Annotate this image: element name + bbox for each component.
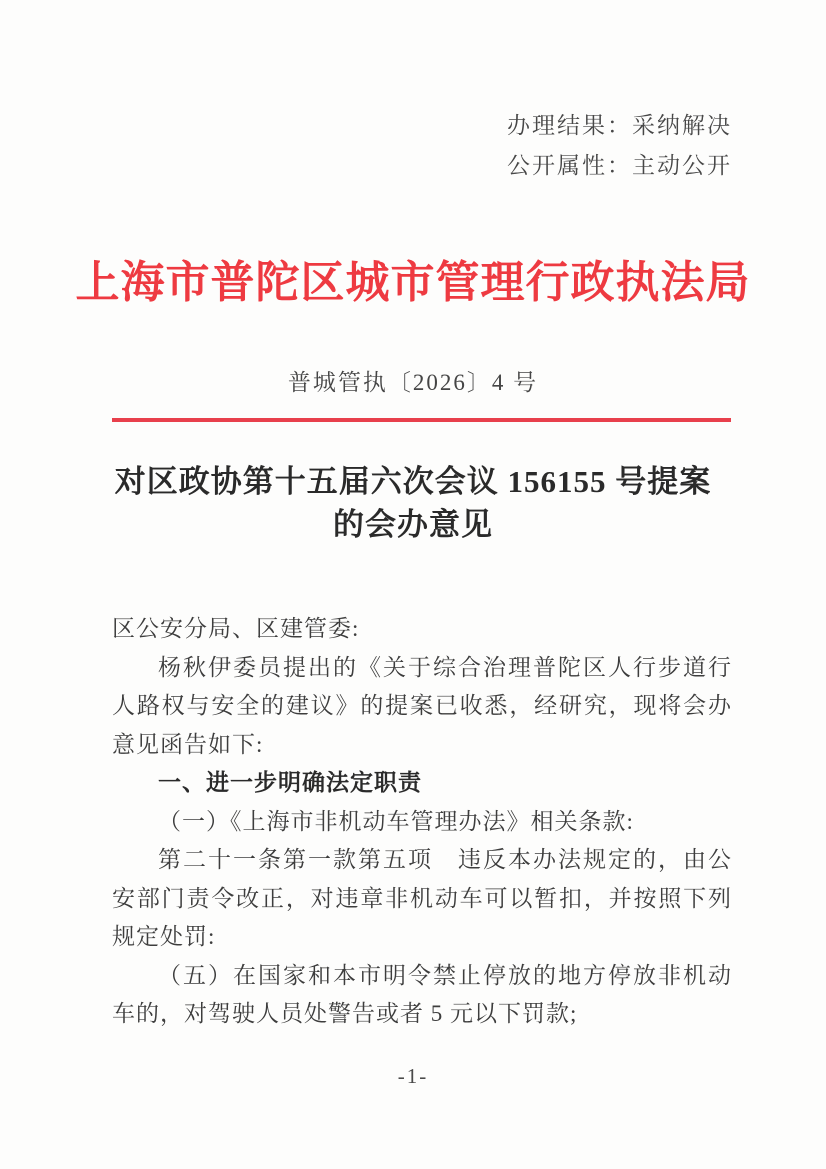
letterhead-red-rule xyxy=(112,418,731,422)
clause-reference-paragraph: （一）《上海市非机动车管理办法》相关条款: xyxy=(112,803,732,842)
document-title-line1: 对区政协第十五届六次会议 156155 号提案 xyxy=(63,460,763,503)
document-body: 区公安分局、区建管委: 杨秋伊委员提出的《关于综合治理普陀区人行步道行人路权与安… xyxy=(112,610,732,1034)
section-heading-paragraph: 一、进一步明确法定职责 xyxy=(112,764,732,803)
document-reference-number: 普城管执〔2026〕4 号 xyxy=(0,364,826,397)
document-title-line2: 的会办意见 xyxy=(63,503,763,546)
handling-result-line: 办理结果：采纳解决 xyxy=(507,106,732,146)
document-title: 对区政协第十五届六次会议 156155 号提案 的会办意见 xyxy=(63,460,763,546)
intro-paragraph: 杨秋伊委员提出的《关于综合治理普陀区人行步道行人路权与安全的建议》的提案已收悉，… xyxy=(112,649,732,765)
document-page: 办理结果：采纳解决 公开属性：主动公开 上海市普陀区城市管理行政执法局 普城管执… xyxy=(0,0,826,1169)
salutation-paragraph: 区公安分局、区建管委: xyxy=(112,610,732,649)
article-21-paragraph: 第二十一条第一款第五项 违反本办法规定的，由公安部门责令改正，对违章非机动车可以… xyxy=(112,841,732,957)
header-meta-block: 办理结果：采纳解决 公开属性：主动公开 xyxy=(507,106,732,186)
page-number: -1- xyxy=(0,1064,826,1089)
agency-letterhead-title: 上海市普陀区城市管理行政执法局 xyxy=(0,246,826,310)
publicity-attribute-line: 公开属性：主动公开 xyxy=(507,146,732,186)
item-5-paragraph: （五）在国家和本市明令禁止停放的地方停放非机动车的，对驾驶人员处警告或者 5 元… xyxy=(112,957,732,1034)
